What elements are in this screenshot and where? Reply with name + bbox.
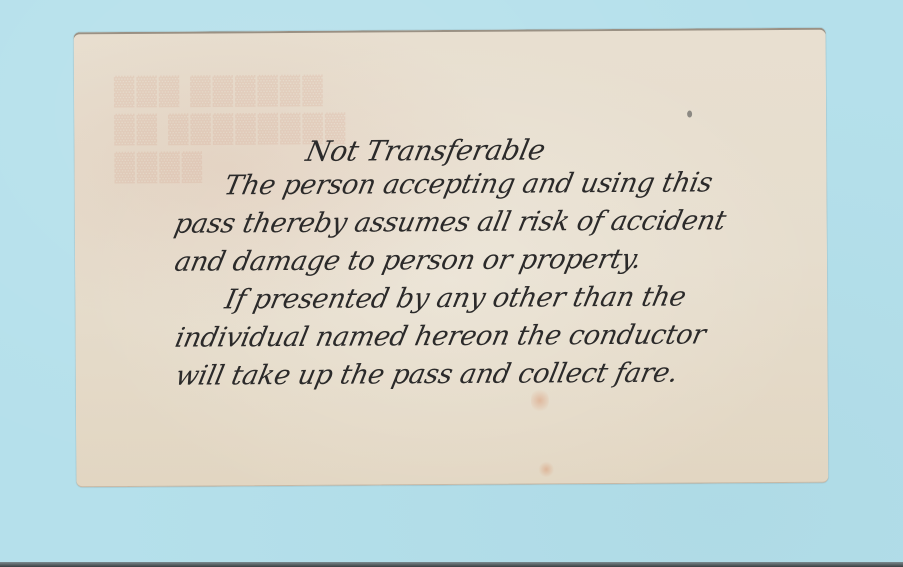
condition-line: If presented by any other than the (171, 278, 739, 319)
condition-line: individual named hereon the conductor (172, 316, 740, 357)
scanner-edge-strip (0, 562, 903, 567)
bleed-line: ▓▓▓ ▓▓▓▓▓▓ (114, 70, 374, 110)
condition-line: and damage to person or property. (171, 240, 739, 281)
foxing-stain (538, 461, 554, 477)
condition-line: The person accepting and using this (171, 164, 739, 205)
ink-speck (687, 111, 692, 118)
railroad-pass-card: ▓▓▓ ▓▓▓▓▓▓ ▓▓ ▓▓▓▓▓▓▓▓ ▓▓▓▓ Not Transfer… (74, 28, 829, 488)
condition-line: pass thereby assumes all risk of acciden… (171, 202, 739, 243)
condition-line: will take up the pass and collect fare. (172, 354, 740, 395)
conditions-text: Not Transferable The person accepting an… (174, 130, 736, 395)
